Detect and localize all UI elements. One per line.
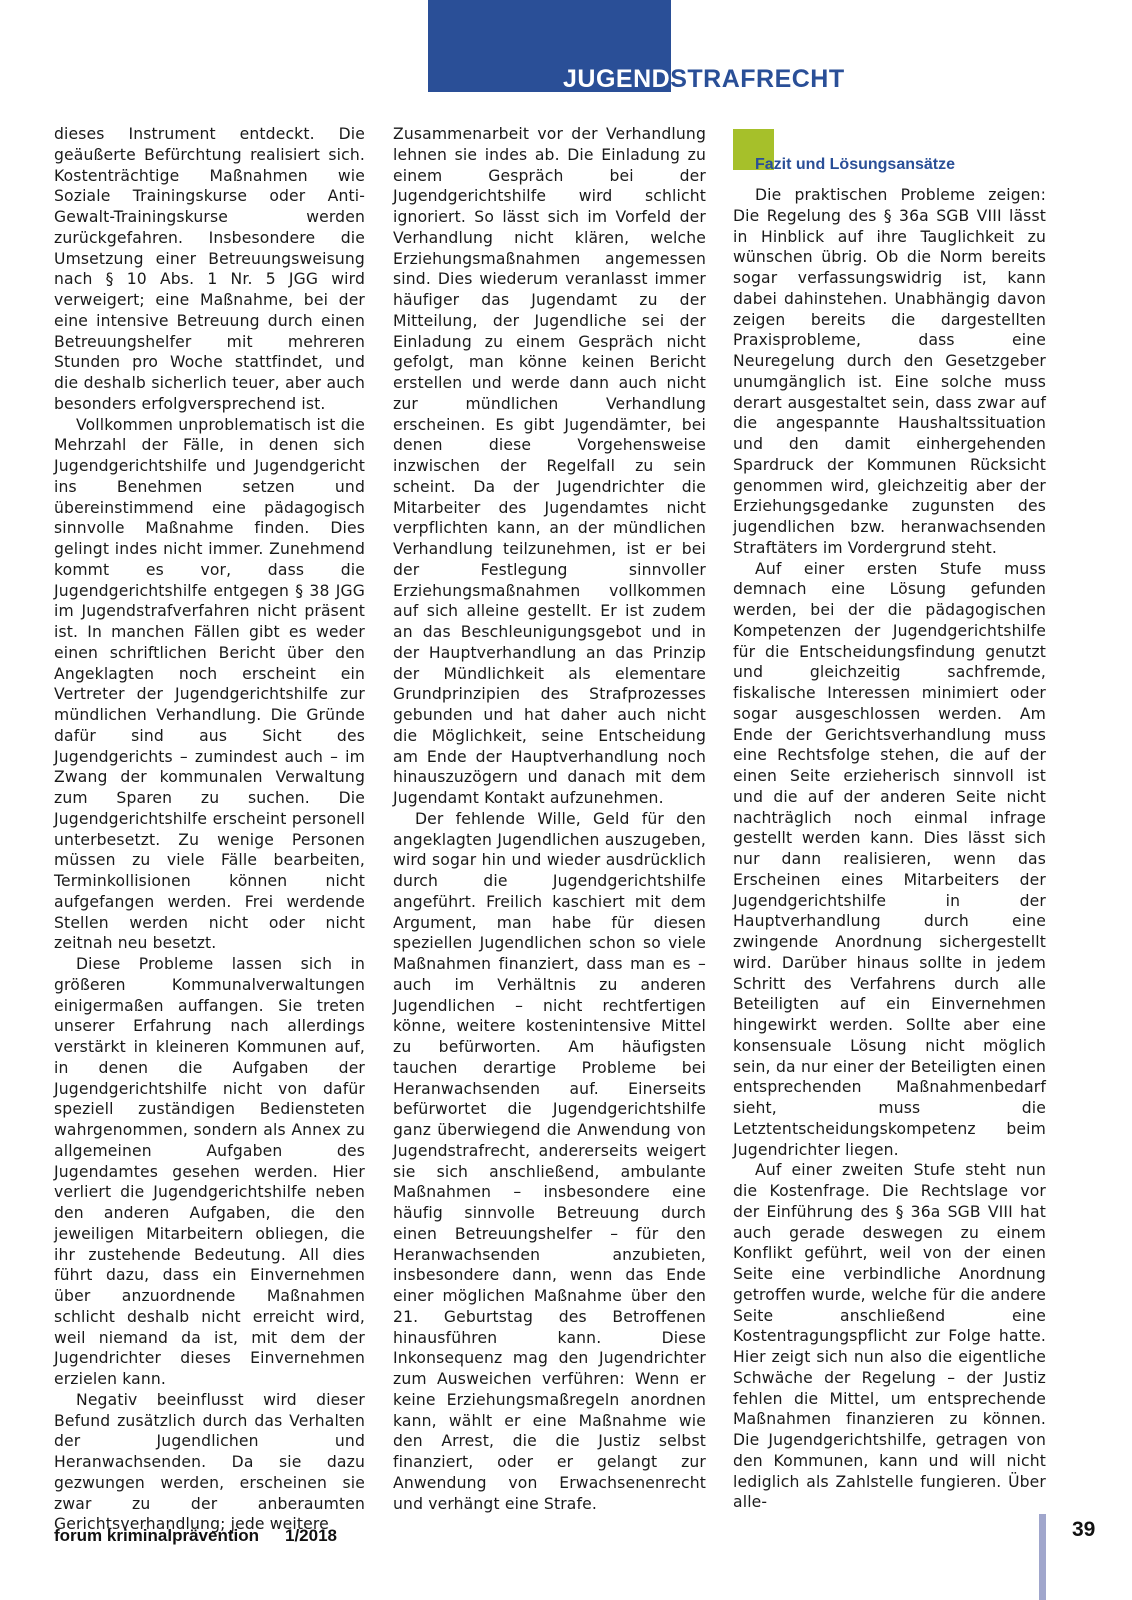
rubric-title-part1: JUGEND [563,65,670,93]
paragraph: Auf einer zweiten Stufe steht nun die Ko… [733,1160,1046,1513]
publication-name: forum kriminalprävention [54,1526,259,1545]
issue-number: 1/2018 [285,1526,337,1545]
paragraph: Negativ beeinflusst wird dieser Befund z… [54,1390,365,1535]
rubric-title: JUGENDSTRAFRECHT [563,64,845,94]
text-column-3: Die praktischen Probleme zeigen: Die Reg… [733,185,1046,1513]
footer-publication: forum kriminalprävention1/2018 [54,1526,337,1546]
section-heading: Fazit und Lösungsansätze [755,155,955,175]
paragraph: Vollkommen unproblematisch ist die Mehrz… [54,415,365,955]
paragraph: dieses Instrument entdeckt. Die geäußert… [54,124,365,415]
page-number: 39 [1072,1518,1095,1542]
text-column-1: dieses Instrument entdeckt. Die geäußert… [54,124,365,1535]
footer-divider-bar [1039,1514,1046,1600]
paragraph: Die praktischen Probleme zeigen: Die Reg… [733,185,1046,559]
text-column-2: Zusammenarbeit vor der Verhandlung lehne… [393,124,706,1514]
rubric-title-part2: STRAFRECHT [670,65,844,93]
paragraph: Diese Probleme lassen sich in größeren K… [54,954,365,1390]
paragraph: Auf einer ersten Stufe muss demnach eine… [733,559,1046,1161]
paragraph: Der fehlende Wille, Geld für den angekla… [393,809,706,1515]
paragraph: Zusammenarbeit vor der Verhandlung lehne… [393,124,706,809]
